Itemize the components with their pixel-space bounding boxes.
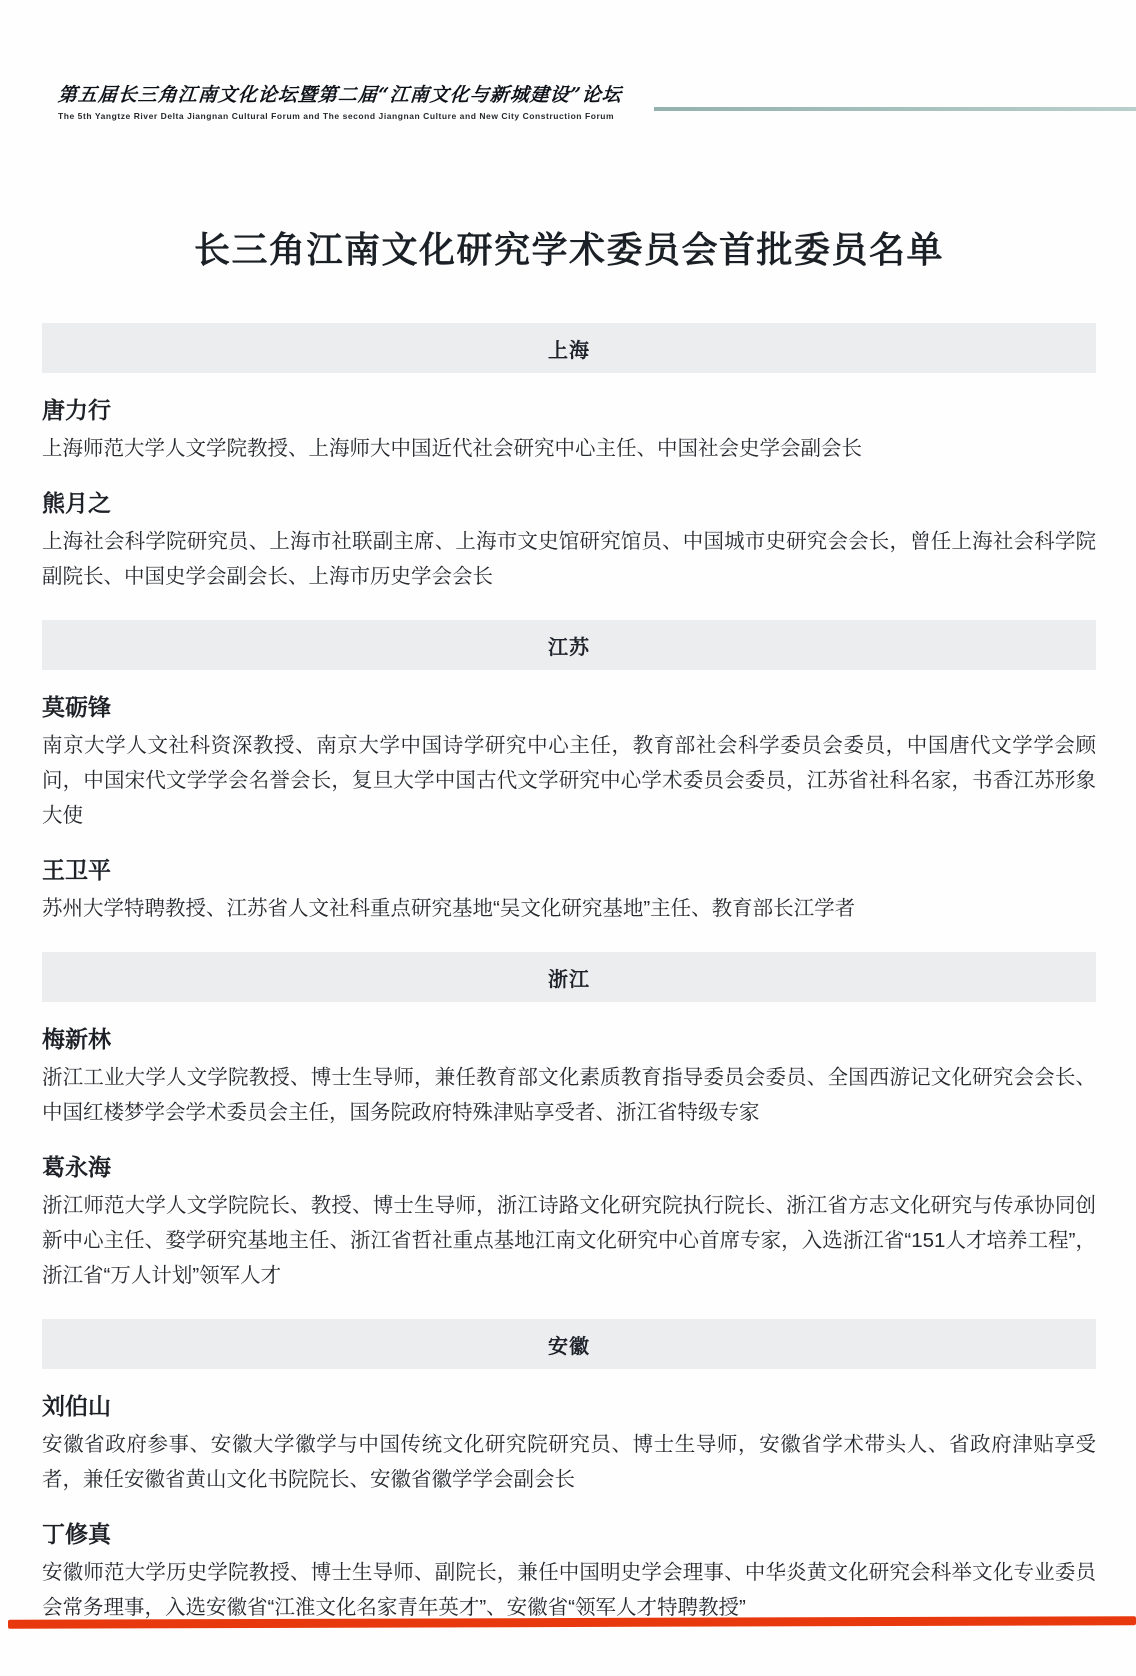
member-bio: 浙江工业大学人文学院教授、博士生导师，兼任教育部文化素质教育指导委员会委员、全国… [42, 1060, 1096, 1130]
member-bio: 上海社会科学院研究员、上海市社联副主席、上海市文史馆研究馆员、中国城市史研究会会… [42, 524, 1096, 594]
member-entry: 唐力行 上海师范大学人文学院教授、上海师大中国近代社会研究中心主任、中国社会史学… [42, 397, 1096, 466]
member-name: 王卫平 [42, 857, 1096, 883]
member-name: 刘伯山 [42, 1393, 1096, 1419]
member-bio: 安徽省政府参事、安徽大学徽学与中国传统文化研究院研究员、博士生导师，安徽省学术带… [42, 1427, 1096, 1497]
member-name: 熊月之 [42, 490, 1096, 516]
section-label-anhui: 安徽 [548, 1330, 590, 1359]
section-bar-anhui: 安徽 [42, 1319, 1096, 1369]
member-entry: 刘伯山 安徽省政府参事、安徽大学徽学与中国传统文化研究院研究员、博士生导师，安徽… [42, 1393, 1096, 1497]
page-title: 长三角江南文化研究学术委员会首批委员名单 [42, 222, 1096, 273]
section-label-zhejiang: 浙江 [548, 963, 590, 992]
forum-logo: 第五届长三角江南文化论坛暨第二届“江南文化与新城建设”论坛 The 5th Ya… [58, 80, 618, 121]
member-entry: 莫砺锋 南京大学人文社科资深教授、南京大学中国诗学研究中心主任，教育部社会科学委… [42, 694, 1096, 833]
member-entry: 梅新林 浙江工业大学人文学院教授、博士生导师，兼任教育部文化素质教育指导委员会委… [42, 1026, 1096, 1130]
member-bio: 上海师范大学人文学院教授、上海师大中国近代社会研究中心主任、中国社会史学会副会长 [42, 431, 1096, 466]
member-entry: 葛永海 浙江师范大学人文学院院长、教授、博士生导师，浙江诗路文化研究院执行院长、… [42, 1154, 1096, 1293]
member-name: 葛永海 [42, 1154, 1096, 1180]
member-bio: 苏州大学特聘教授、江苏省人文社科重点研究基地“吴文化研究基地”主任、教育部长江学… [42, 891, 1096, 926]
section-bar-shanghai: 上海 [42, 323, 1096, 373]
member-name: 莫砺锋 [42, 694, 1096, 720]
member-name: 梅新林 [42, 1026, 1096, 1052]
member-name: 丁修真 [42, 1521, 1096, 1547]
section-label-shanghai: 上海 [548, 334, 590, 363]
member-list: 长三角江南文化研究学术委员会首批委员名单 上海 唐力行 上海师范大学人文学院教授… [42, 222, 1096, 1625]
member-bio: 南京大学人文社科资深教授、南京大学中国诗学研究中心主任，教育部社会科学委员会委员… [42, 728, 1096, 833]
member-entry: 熊月之 上海社会科学院研究员、上海市社联副主席、上海市文史馆研究馆员、中国城市史… [42, 490, 1096, 594]
member-name: 唐力行 [42, 397, 1096, 423]
member-bio: 安徽师范大学历史学院教授、博士生导师、副院长，兼任中国明史学会理事、中华炎黄文化… [42, 1555, 1096, 1625]
document-page: 第五届长三角江南文化论坛暨第二届“江南文化与新城建设”论坛 The 5th Ya… [0, 0, 1136, 1676]
member-bio: 浙江师范大学人文学院院长、教授、博士生导师，浙江诗路文化研究院执行院长、浙江省方… [42, 1188, 1096, 1293]
header-divider-line [654, 107, 1136, 111]
section-label-jiangsu: 江苏 [548, 631, 590, 660]
forum-logo-english-subtitle: The 5th Yangtze River Delta Jiangnan Cul… [58, 111, 618, 121]
member-entry: 丁修真 安徽师范大学历史学院教授、博士生导师、副院长，兼任中国明史学会理事、中华… [42, 1521, 1096, 1625]
member-entry: 王卫平 苏州大学特聘教授、江苏省人文社科重点研究基地“吴文化研究基地”主任、教育… [42, 857, 1096, 926]
section-bar-zhejiang: 浙江 [42, 952, 1096, 1002]
forum-logo-chinese-title: 第五届长三角江南文化论坛暨第二届“江南文化与新城建设”论坛 [57, 80, 619, 107]
section-bar-jiangsu: 江苏 [42, 620, 1096, 670]
